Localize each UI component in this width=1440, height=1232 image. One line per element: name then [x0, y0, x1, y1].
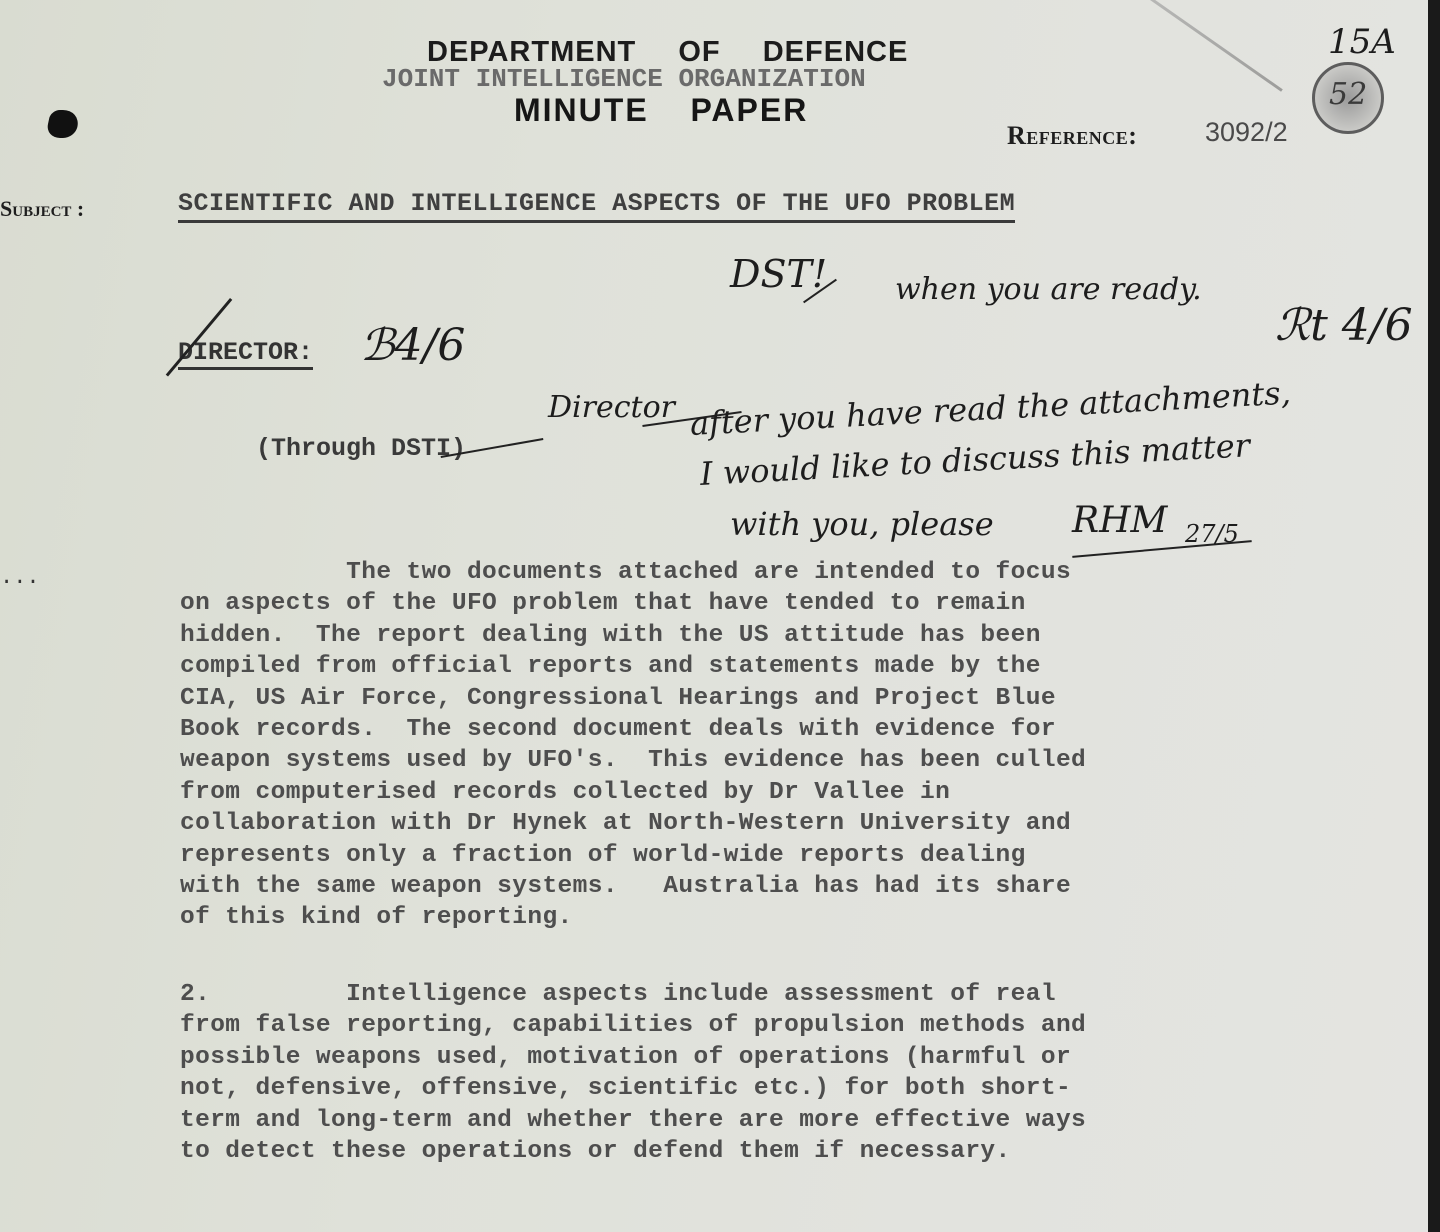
paragraph-line: with the same weapon systems. Australia … [180, 871, 1086, 902]
paragraph-line: term and long-term and whether there are… [180, 1105, 1086, 1136]
paragraph-line: CIA, US Air Force, Congressional Hearing… [180, 683, 1086, 714]
paragraph-line: of this kind of reporting. [180, 902, 1086, 933]
paragraph-line: possible weapons used, motivation of ope… [180, 1042, 1086, 1073]
handwritten-signature: RHM [1072, 500, 1167, 541]
paragraph-line: weapon systems used by UFO's. This evide… [180, 745, 1086, 776]
folio-annotation: 15A [1328, 22, 1396, 62]
paragraph-line: from computerised records collected by D… [180, 777, 1086, 808]
handwritten-initials-date: ℛt 4/6 [1275, 300, 1413, 351]
paragraph-line: 2. Intelligence aspects include assessme… [180, 979, 1086, 1010]
document-page: DEPARTMENT OF DEFENCE JOINT INTELLIGENCE… [0, 0, 1428, 1232]
director-label: DIRECTOR: [178, 338, 313, 370]
folio-stamp-number: 52 [1329, 77, 1367, 112]
scan-edge-border [1428, 0, 1440, 1232]
form-title: MINUTE PAPER [514, 92, 808, 129]
paragraph-1: The two documents attached are intended … [180, 557, 1086, 934]
handwritten-director-word: Director [548, 390, 675, 425]
subject-label: Subject : [0, 196, 84, 222]
paragraph-line: The two documents attached are intended … [180, 557, 1086, 588]
handwritten-note-line-3: with you, please [730, 505, 994, 543]
paragraph-line: collaboration with Dr Hynek at North-Wes… [180, 808, 1086, 839]
folio-stamp: 52 [1312, 62, 1384, 134]
handwritten-dst-note: DST! [730, 252, 827, 296]
paragraph-2: 2. Intelligence aspects include assessme… [180, 979, 1086, 1167]
organization-heading: JOINT INTELLIGENCE ORGANIZATION [382, 64, 866, 94]
paragraph-line: compiled from official reports and state… [180, 651, 1086, 682]
paragraph-line: Book records. The second document deals … [180, 714, 1086, 745]
paragraph-line: to detect these operations or defend the… [180, 1136, 1086, 1167]
paragraph-line: hidden. The report dealing with the US a… [180, 620, 1086, 651]
paragraph-line: represents only a fraction of world-wide… [180, 840, 1086, 871]
paragraph-line: from false reporting, capabilities of pr… [180, 1010, 1086, 1041]
handwritten-signature-date: 27/5 [1185, 520, 1239, 548]
handwritten-director-initials: ℬ4/6 [360, 320, 465, 371]
paper-fold-line [1150, 0, 1283, 92]
paragraph-line: not, defensive, offensive, scientific et… [180, 1073, 1086, 1104]
margin-dots: ... [0, 565, 40, 590]
handwritten-ready-note: when you are ready. [895, 272, 1202, 307]
reference-number: 3092/2 [1205, 117, 1288, 148]
ink-blot-mark [45, 110, 81, 138]
through-line: (Through DSTI) [256, 434, 466, 463]
reference-label: Reference: [1007, 121, 1137, 151]
subject-text: SCIENTIFIC AND INTELLIGENCE ASPECTS OF T… [178, 189, 1015, 223]
paragraph-line: on aspects of the UFO problem that have … [180, 588, 1086, 619]
